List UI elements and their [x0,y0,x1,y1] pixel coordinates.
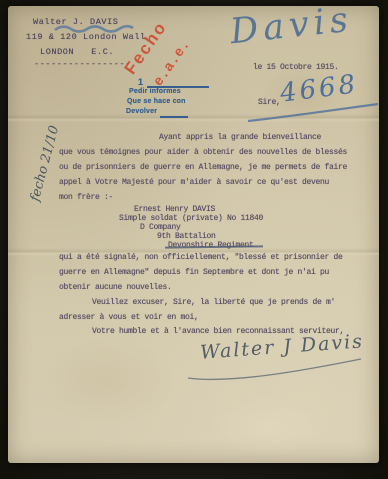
handwritten-davis: Davis [228,0,354,52]
letterhead-address1: 119 & 120 London Wall [26,32,146,42]
letter-paper: Walter J. DAVIS 119 & 120 London Wall LO… [8,6,379,463]
date-line: le 15 Octobre 1915. [253,63,339,72]
body-p3-line1: Veuillez excuser, Sire, la liberté que j… [92,298,335,307]
body-p2-line3: obtenir aucune nouvelles. [59,283,172,292]
soldier-company: D Company [140,223,181,232]
handwritten-file-number: 4668 [278,69,359,108]
letterhead-name: Walter J. DAVIS [33,17,119,27]
blue-stamp-number: 1 [138,77,143,87]
body-p2-line2: guerre en Allemagne" depuis fin Septembr… [59,268,329,277]
letterhead-address2: LONDON E.C. [40,47,114,57]
letterhead-divider: ----------------- [34,59,131,69]
body-p3-line2: adresser à vous et voir en moi, [59,313,199,322]
paper-crease [8,114,379,122]
soldier-name: Ernest Henry DAVIS [134,205,215,214]
body-p1-line3: ou de prisonniers de guerre en Allemagne… [59,163,347,172]
photo-backdrop: Walter J. DAVIS 119 & 120 London Wall LO… [0,0,388,479]
body-p1-line1: Ayant appris la grande bienveillance [159,133,321,142]
paper-stain [208,396,328,456]
blue-stamp-rule2 [160,116,188,118]
body-p1-line2: que vous témoignes pour aider à obtenir … [59,148,347,157]
soldier-battalion: 9th Battalion [157,232,216,241]
blue-stamp-line2: Pedir informes [129,88,181,95]
paper-stain [38,336,178,426]
body-p1-line5: mon frère :- [59,193,113,202]
salutation: Sire, [258,98,281,107]
blue-stamp-line4: Devolver [126,108,157,115]
body-p2-line1: qui a été signalé, non officiellement, "… [59,253,343,262]
soldier-rank: Simple soldat (private) No 11840 [119,214,263,223]
body-p1-line4: appel à Votre Majesté pour m'aider à sav… [59,178,329,187]
blue-stamp-line3: Que se hace con [127,98,186,105]
